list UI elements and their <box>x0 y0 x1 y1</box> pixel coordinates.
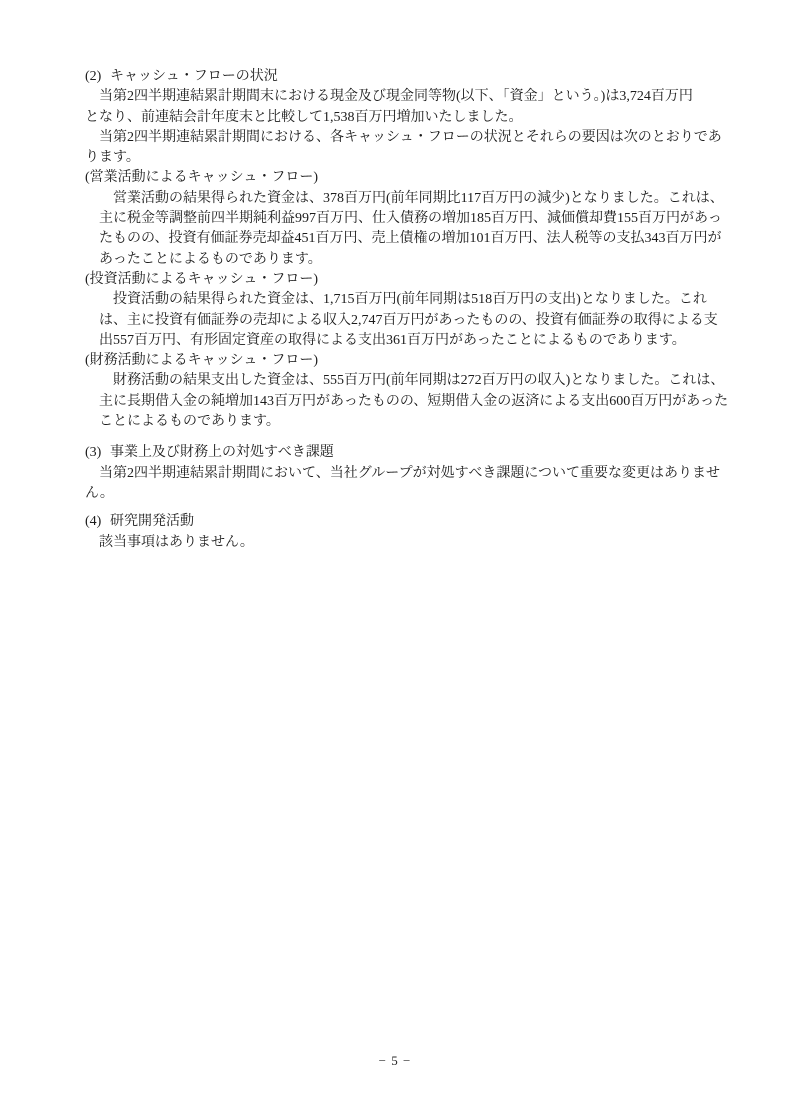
financing-cashflow-header: (財務活動によるキャッシュ・フロー) <box>85 351 745 371</box>
section-title: キャッシュ・フローの状況 <box>110 67 745 87</box>
section-number: (4) <box>85 512 110 532</box>
section-3: (3)事業上及び財務上の対処すべき課題 当第2四半期連結累計期間において、当社グ… <box>85 443 745 504</box>
section-title: 研究開発活動 <box>110 512 745 532</box>
section-heading: (3)事業上及び財務上の対処すべき課題 <box>85 443 745 463</box>
page-number: − 5 − <box>379 1053 412 1068</box>
business-issues-paragraph: 当第2四半期連結累計期間において、当社グループが対処すべき課題について重要な変更… <box>85 464 745 505</box>
cash-position-paragraph: 当第2四半期連結累計期間末における現金及び現金同等物(以下、「資金」という。)は… <box>85 87 745 128</box>
section-4: (4)研究開発活動 該当事項はありません。 <box>85 512 745 553</box>
financing-cashflow-paragraph: 財務活動の結果支出した資金は、555百万円(前年同期は272百万円の収入)となり… <box>85 371 745 432</box>
section-2: (2)キャッシュ・フローの状況 当第2四半期連結累計期間末における現金及び現金同… <box>85 67 745 432</box>
operating-cashflow-header: (営業活動によるキャッシュ・フロー) <box>85 168 745 188</box>
section-heading: (4)研究開発活動 <box>85 512 745 532</box>
section-heading: (2)キャッシュ・フローの状況 <box>85 67 745 87</box>
section-number: (2) <box>85 67 110 87</box>
investing-cashflow-header: (投資活動によるキャッシュ・フロー) <box>85 270 745 290</box>
investing-cashflow-paragraph: 投資活動の結果得られた資金は、1,715百万円(前年同期は518百万円の支出)と… <box>85 290 745 351</box>
operating-cashflow-paragraph: 営業活動の結果得られた資金は、378百万円(前年同期比117百万円の減少)となり… <box>85 189 745 270</box>
document-page: (2)キャッシュ・フローの状況 当第2四半期連結累計期間末における現金及び現金同… <box>0 0 790 1118</box>
section-number: (3) <box>85 443 110 463</box>
section-title: 事業上及び財務上の対処すべき課題 <box>110 443 745 463</box>
document-content: (2)キャッシュ・フローの状況 当第2四半期連結累計期間末における現金及び現金同… <box>85 67 745 553</box>
rd-activities-paragraph: 該当事項はありません。 <box>85 533 745 553</box>
page-footer: − 5 − <box>0 1052 790 1070</box>
cashflow-intro-paragraph: 当第2四半期連結累計期間における、各キャッシュ・フローの状況とそれらの要因は次の… <box>85 128 745 169</box>
